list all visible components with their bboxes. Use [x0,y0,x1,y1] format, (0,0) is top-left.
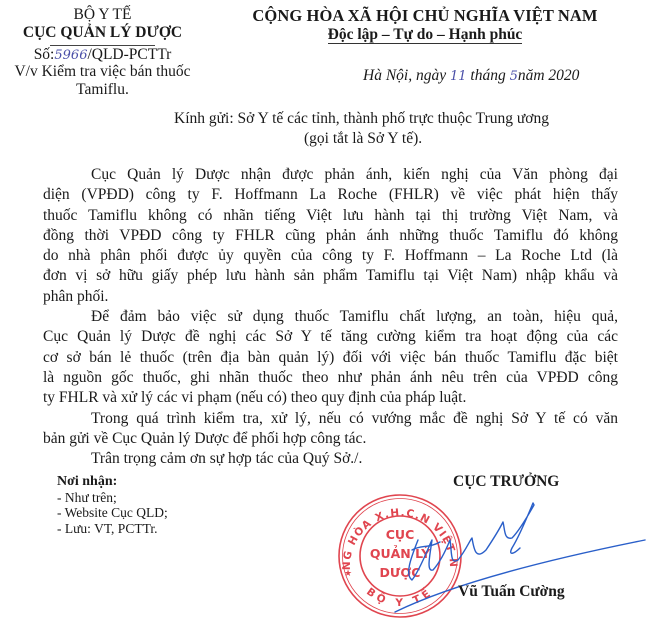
stamp-star-icon: ★ [344,568,352,578]
stamp-center-line: CỤC [386,527,415,542]
stamp-and-signature: CỘNG HÒA X.H.C.N VIỆT NAM BỘ Y TẾ ★ CỤC … [0,0,657,627]
svg-text:CỘNG HÒA X.H.C.N VIỆT NAM: CỘNG HÒA X.H.C.N VIỆT NAM [0,0,459,570]
official-stamp: CỘNG HÒA X.H.C.N VIỆT NAM BỘ Y TẾ ★ CỤC … [0,0,461,617]
stamp-outer-text: CỘNG HÒA X.H.C.N VIỆT NAM [0,0,459,570]
signer-name: Vũ Tuấn Cường [458,583,565,601]
